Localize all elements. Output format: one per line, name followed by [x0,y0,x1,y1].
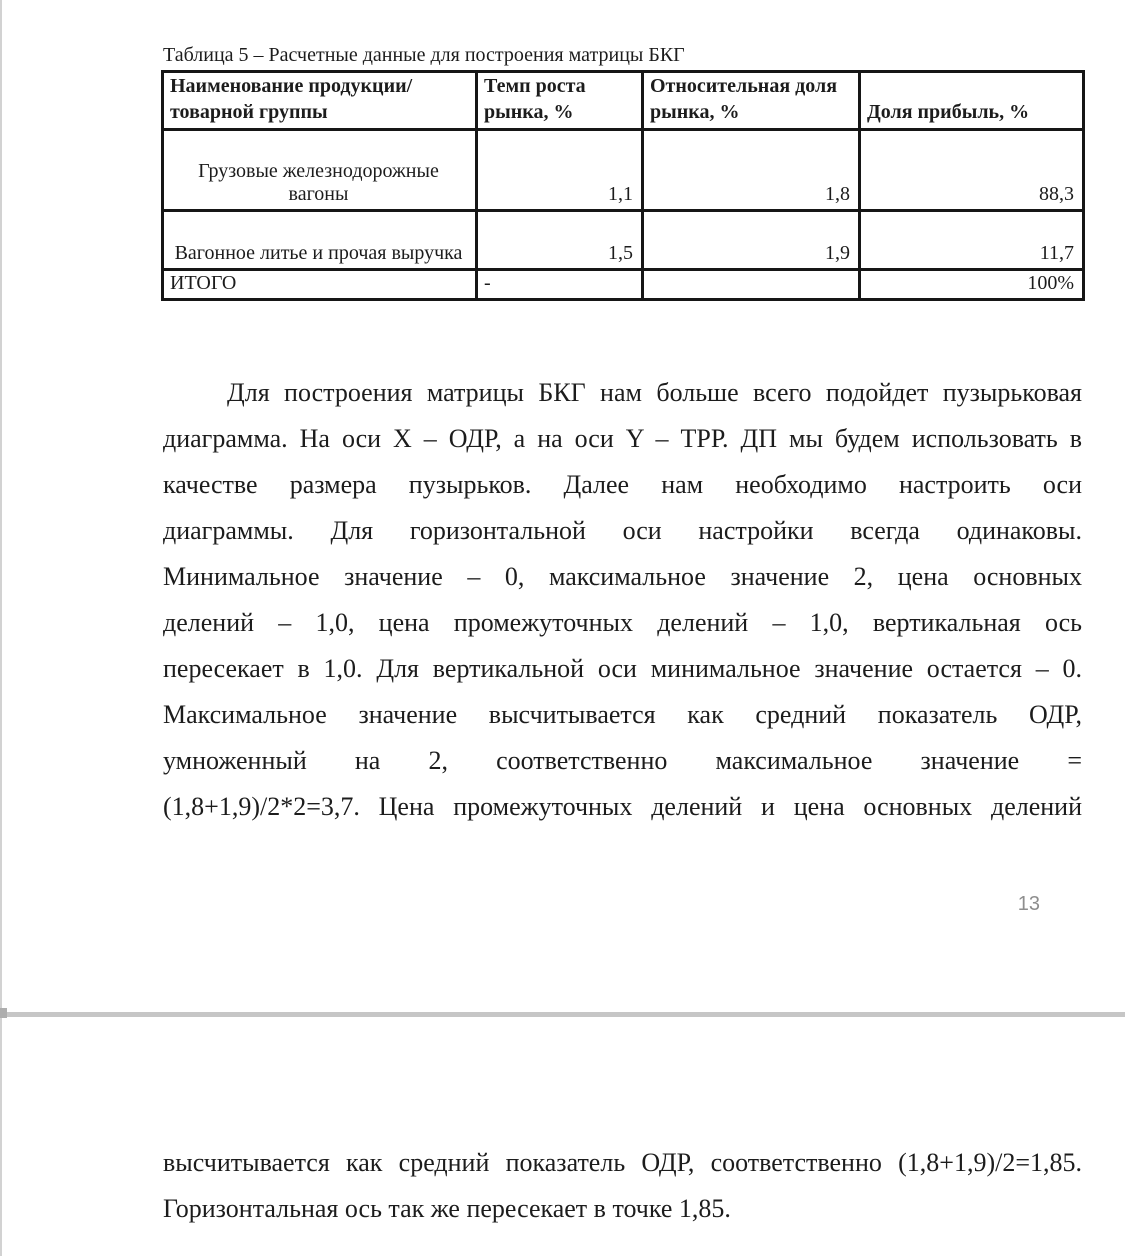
table-row-total: ИТОГО - 100% [163,270,1084,300]
cell-name: Грузовые железнодорожные вагоны [163,130,477,211]
text-line: Для построения матрицы БКГ нам больше вс… [163,370,1082,416]
header-product-line2: товарной группы [170,99,467,125]
cell-profit: 100% [860,270,1084,300]
table-row-freight-wagons: Грузовые железнодорожные вагоны 1,1 1,8 … [163,130,1084,211]
text-line: умноженный на 2, соответственно максимал… [163,738,1082,784]
text-line: Максимальное значение высчитывается как … [163,692,1082,738]
text-line: Минимальное значение – 0, максимальное з… [163,554,1082,600]
cell-name: Вагонное литье и прочая выручка [163,211,477,270]
header-growth-rate: Темп роста рынка, % [477,72,643,130]
cell-profit: 11,7 [860,211,1084,270]
cell-profit: 88,3 [860,130,1084,211]
header-growth-line2: рынка, % [484,99,633,125]
text-line: высчитывается как средний показатель ОДР… [163,1140,1082,1186]
text-line: пересекает в 1,0. Для вертикальной оси м… [163,646,1082,692]
document-page-view: Таблица 5 – Расчетные данные для построе… [0,0,1125,1256]
header-growth-line1: Темп роста [484,73,633,99]
table-caption: Таблица 5 – Расчетные данные для построе… [163,44,685,67]
header-product-name: Наименование продукции/ товарной группы [163,72,477,130]
page-break-left-notch [0,1008,7,1018]
cell-growth: 1,5 [477,211,643,270]
header-share-line2: рынка, % [650,99,850,125]
header-product-line1: Наименование продукции/ [170,73,467,99]
page-edge-line [0,0,2,1256]
page-number: 13 [994,893,1040,916]
cell-growth: - [477,270,643,300]
cell-growth: 1,1 [477,130,643,211]
header-relative-share: Относительная доля рынка, % [643,72,860,130]
table-header-row: Наименование продукции/ товарной группы … [163,72,1084,130]
body-paragraph-page2: высчитывается как средний показатель ОДР… [163,1140,1082,1232]
text-line: качестве размера пузырьков. Далее нам не… [163,462,1082,508]
cell-share: 1,9 [643,211,860,270]
text-line: (1,8+1,9)/2*2=3,7. Цена промежуточных де… [163,784,1082,830]
text-line: делений – 1,0, цена промежуточных делени… [163,600,1082,646]
table-row-wagon-casting: Вагонное литье и прочая выручка 1,5 1,9 … [163,211,1084,270]
cell-share: 1,8 [643,130,860,211]
text-line: Горизонтальная ось так же пересекает в т… [163,1186,1082,1232]
cell-name: ИТОГО [163,270,477,300]
bcg-matrix-data-table: Наименование продукции/ товарной группы … [161,70,1085,301]
body-paragraph-page1: Для построения матрицы БКГ нам больше вс… [163,370,1082,830]
header-profit-share: Доля прибыль, % [860,72,1084,130]
text-line: диаграммы. Для горизонтальной оси настро… [163,508,1082,554]
text-line: диаграмма. На оси X – ОДР, а на оси Y – … [163,416,1082,462]
cell-share [643,270,860,300]
page-break-divider [0,1012,1125,1017]
header-share-line1: Относительная доля [650,73,850,99]
